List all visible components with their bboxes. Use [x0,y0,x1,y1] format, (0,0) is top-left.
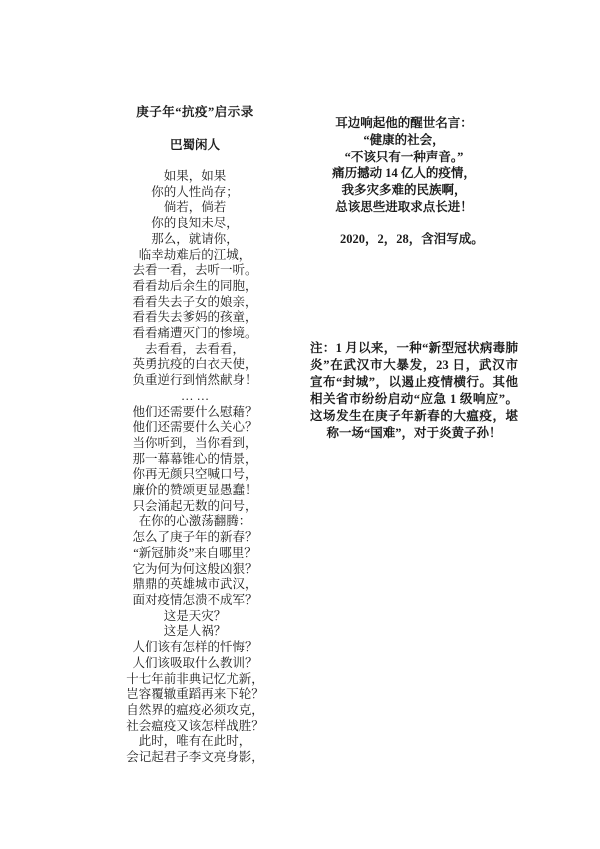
poem-body: 如果，如果你的人性尚存；倘若，倘若你的良知未尽，那么，就请你，临幸劫难后的江城，… [55,169,335,766]
poem-line: 人们该有怎样的忏悔？ [55,640,335,656]
poem-line: 看看劫后余生的同胞， [55,279,335,295]
note-line: 宣布“封城”，以遏止疫情横行。其他 [310,374,518,391]
poem-line: 社会瘟疫又该怎样战胜？ [55,719,335,735]
poem-line: 你的良知未尽， [55,216,335,232]
poem-line: … … [55,389,335,405]
poem-line: 你的人性尚存； [55,185,335,201]
poem-line: 岂容覆辙重蹈再来下轮？ [55,687,335,703]
poem-line: 十七年前非典记忆尤新， [55,672,335,688]
quote-line: 耳边响起他的醒世名言： [308,115,500,132]
poem-author: 巴蜀闲人 [55,135,335,153]
note-line: 称一场“国难”，对于炎黄子孙！ [310,425,518,442]
note-line: 注：1 月以来，一种“新型冠状病毒肺 [310,340,518,357]
note-line: 这场发生在庚子年新春的大瘟疫，堪 [310,408,518,425]
poem-line: 鼎鼎的英雄城市武汉， [55,577,335,593]
poem-line: 你再无颜只空喊口号， [55,467,335,483]
poem-line: 看看失去子女的娘亲， [55,295,335,311]
poem-line: “新冠肺炎”来自哪里？ [55,546,335,562]
note-block: 注：1 月以来，一种“新型冠状病毒肺炎”在武汉市大暴发，23 日，武汉市宣布“封… [310,340,518,442]
poem-line: 那么，就请你， [55,232,335,248]
poem-line: 看看痛遭灭门的惨境。 [55,326,335,342]
poem-line: 负重逆行到悄然献身！ [55,373,335,389]
quote-line: “不该只有一种声音。” [308,149,500,166]
quote-line: 我多灾多难的民族啊， [308,182,500,199]
poem-title: 庚子年“抗疫”启示录 [55,102,335,120]
poem-line: 廉价的赞颂更显愚蠢！ [55,483,335,499]
poem-line: 它为何为何这般凶狠？ [55,562,335,578]
poem-line: 去看一看，去听一听。 [55,263,335,279]
poem-line: 临幸劫难后的江城， [55,248,335,264]
poem-line: 这是天灾？ [55,609,335,625]
note-line: 炎”在武汉市大暴发，23 日，武汉市 [310,357,518,374]
quote-line: 总该思些进取求点长进！ [308,199,500,216]
date-line: 2020，2，28，含泪写成。 [340,229,484,247]
poem-line: 人们该吸取什么教训？ [55,656,335,672]
poem-line: 此时，唯有在此时， [55,734,335,750]
poem-line: 他们还需要什么慰藉？ [55,405,335,421]
poem-line: 会记起君子李文亮身影， [55,750,335,766]
poem-line: 面对疫情怎溃不成军？ [55,593,335,609]
poem-line: 看看失去爹妈的孩童， [55,310,335,326]
poem-line: 他们还需要什么关心？ [55,420,335,436]
poem-line: 只会涌起无数的问号， [55,499,335,515]
note-line: 相关省市纷纷启动“应急 1 级响应”。 [310,391,518,408]
poem-line: 那一幕幕锥心的情景， [55,452,335,468]
poem-line: 当你听到，当你看到， [55,436,335,452]
poem-line: 自然界的瘟疫必须攻克， [55,703,335,719]
poem-line: 英勇抗疫的白衣天使， [55,357,335,373]
poem-line: 怎么了庚子年的新春？ [55,530,335,546]
poem-line: 倘若，倘若 [55,200,335,216]
poem-line: 去看看，去看看， [55,342,335,358]
quote-block: 耳边响起他的醒世名言：“健康的社会，“不该只有一种声音。”痛历撼动 14 亿人的… [308,115,500,216]
poem-line: 在你的心激荡翻腾： [55,514,335,530]
poem-line: 这是人祸？ [55,624,335,640]
quote-line: 痛历撼动 14 亿人的疫情， [308,165,500,182]
quote-line: “健康的社会， [308,132,500,149]
poem-line: 如果，如果 [55,169,335,185]
document-page: 庚子年“抗疫”启示录 巴蜀闲人 如果，如果你的人性尚存；倘若，倘若你的良知未尽，… [0,0,600,849]
